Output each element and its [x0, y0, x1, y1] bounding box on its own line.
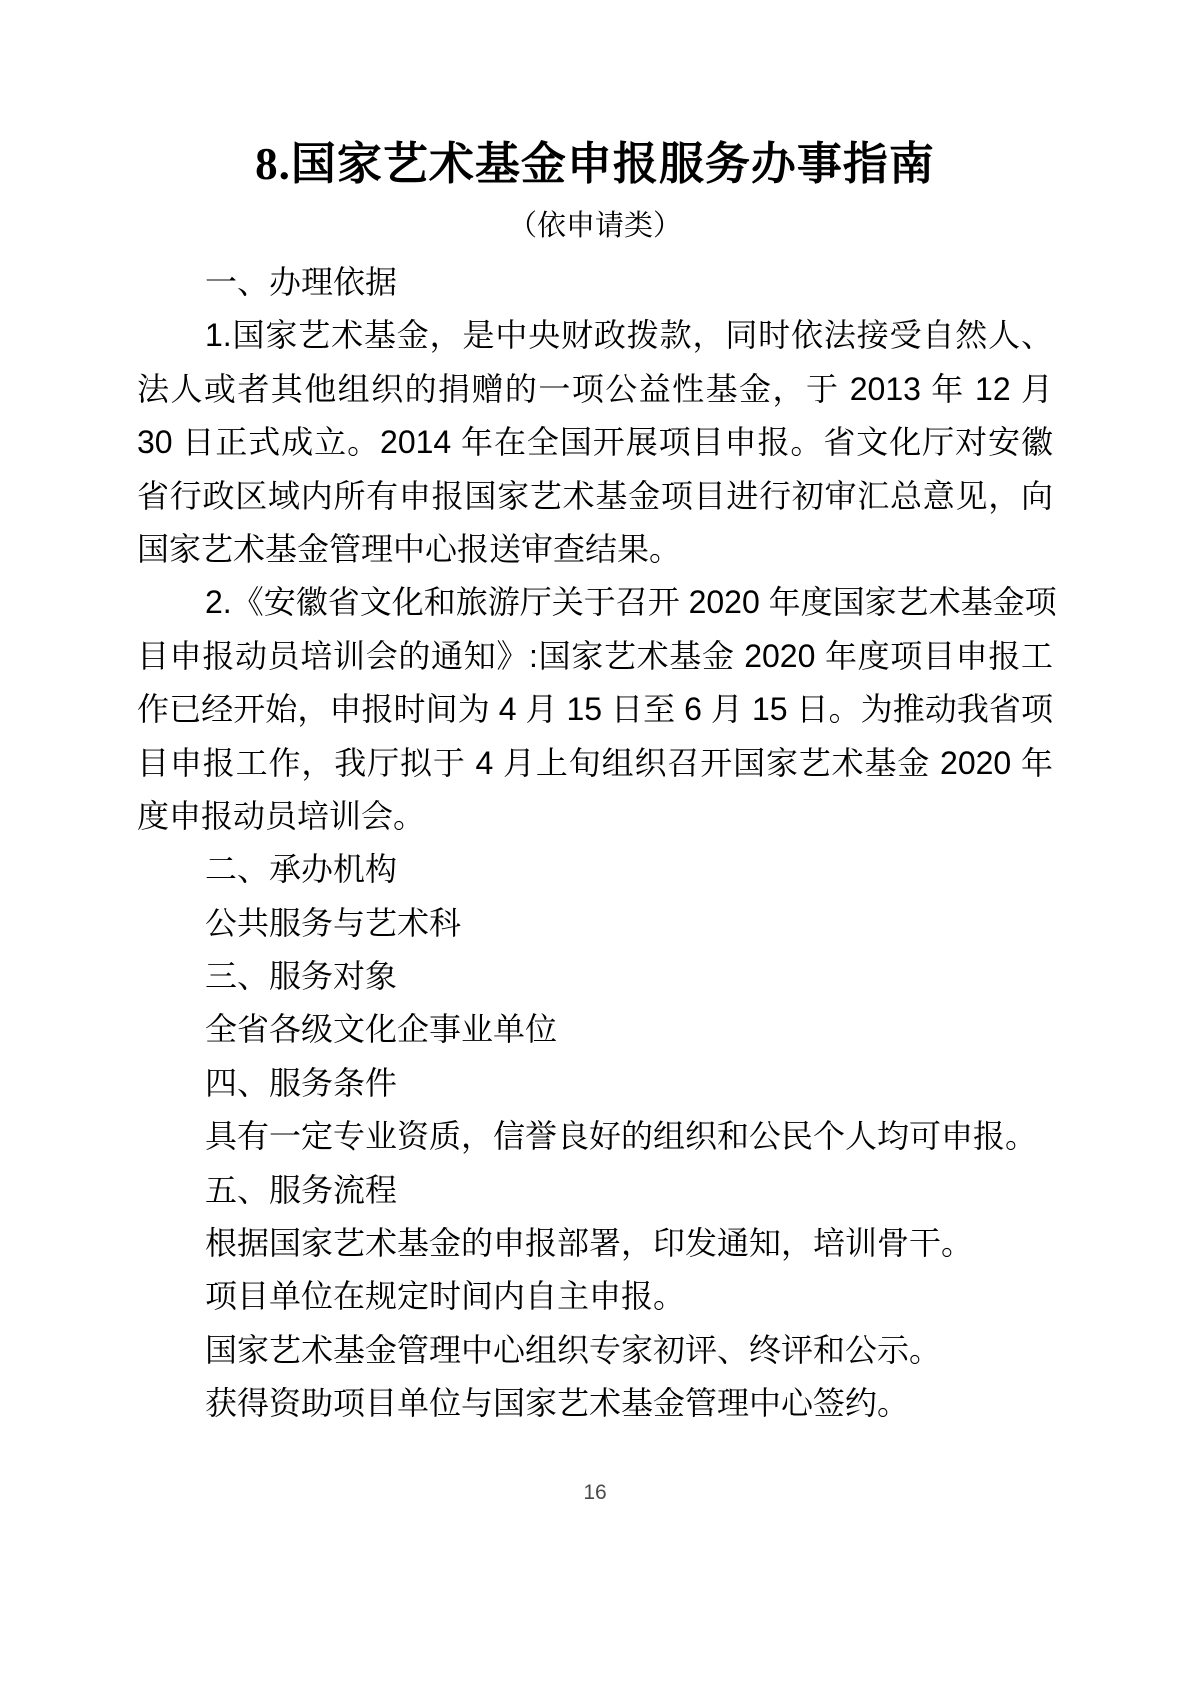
- text-line: 获得资助项目单位与国家艺术基金管理中心签约。: [137, 1377, 1053, 1430]
- page-title: 8.国家艺术基金申报服务办事指南: [0, 133, 1190, 195]
- text-line: 国家艺术基金管理中心组织专家初评、终评和公示。: [137, 1324, 1053, 1377]
- text-line: 一、办理依据: [137, 256, 1053, 309]
- text-line: 目申报动员培训会的通知》:国家艺术基金 2020 年度项目申报工: [137, 630, 1053, 683]
- text-line: 省行政区域内所有申报国家艺术基金项目进行初审汇总意见，向: [137, 470, 1053, 523]
- text-line: 目申报工作，我厅拟于 4 月上旬组织召开国家艺术基金 2020 年: [137, 737, 1053, 790]
- text-line: 度申报动员培训会。: [137, 790, 1053, 843]
- text-line: 法人或者其他组织的捐赠的一项公益性基金，于 2013 年 12 月: [137, 363, 1053, 416]
- text-line: 五、服务流程: [137, 1164, 1053, 1217]
- document-page: 8.国家艺术基金申报服务办事指南 （依申请类） 一、办理依据1.国家艺术基金，是…: [0, 0, 1190, 1683]
- text-line: 具有一定专业资质，信誉良好的组织和公民个人均可申报。: [137, 1110, 1053, 1163]
- text-line: 30 日正式成立。2014 年在全国开展项目申报。省文化厅对安徽: [137, 416, 1053, 469]
- text-line: 2.《安徽省文化和旅游厅关于召开 2020 年度国家艺术基金项: [137, 576, 1053, 629]
- page-subtitle: （依申请类）: [0, 204, 1190, 248]
- text-line: 公共服务与艺术科: [137, 897, 1053, 950]
- page-number: 16: [0, 1478, 1190, 1508]
- text-line: 四、服务条件: [137, 1057, 1053, 1110]
- document-body: 一、办理依据1.国家艺术基金，是中央财政拨款，同时依法接受自然人、法人或者其他组…: [137, 256, 1053, 1431]
- text-line: 三、服务对象: [137, 950, 1053, 1003]
- text-line: 项目单位在规定时间内自主申报。: [137, 1270, 1053, 1323]
- text-line: 全省各级文化企事业单位: [137, 1003, 1053, 1056]
- text-line: 二、承办机构: [137, 843, 1053, 896]
- text-line: 1.国家艺术基金，是中央财政拨款，同时依法接受自然人、: [137, 309, 1053, 362]
- text-line: 作已经开始，申报时间为 4 月 15 日至 6 月 15 日。为推动我省项: [137, 683, 1053, 736]
- text-line: 国家艺术基金管理中心报送审查结果。: [137, 523, 1053, 576]
- text-line: 根据国家艺术基金的申报部署，印发通知，培训骨干。: [137, 1217, 1053, 1270]
